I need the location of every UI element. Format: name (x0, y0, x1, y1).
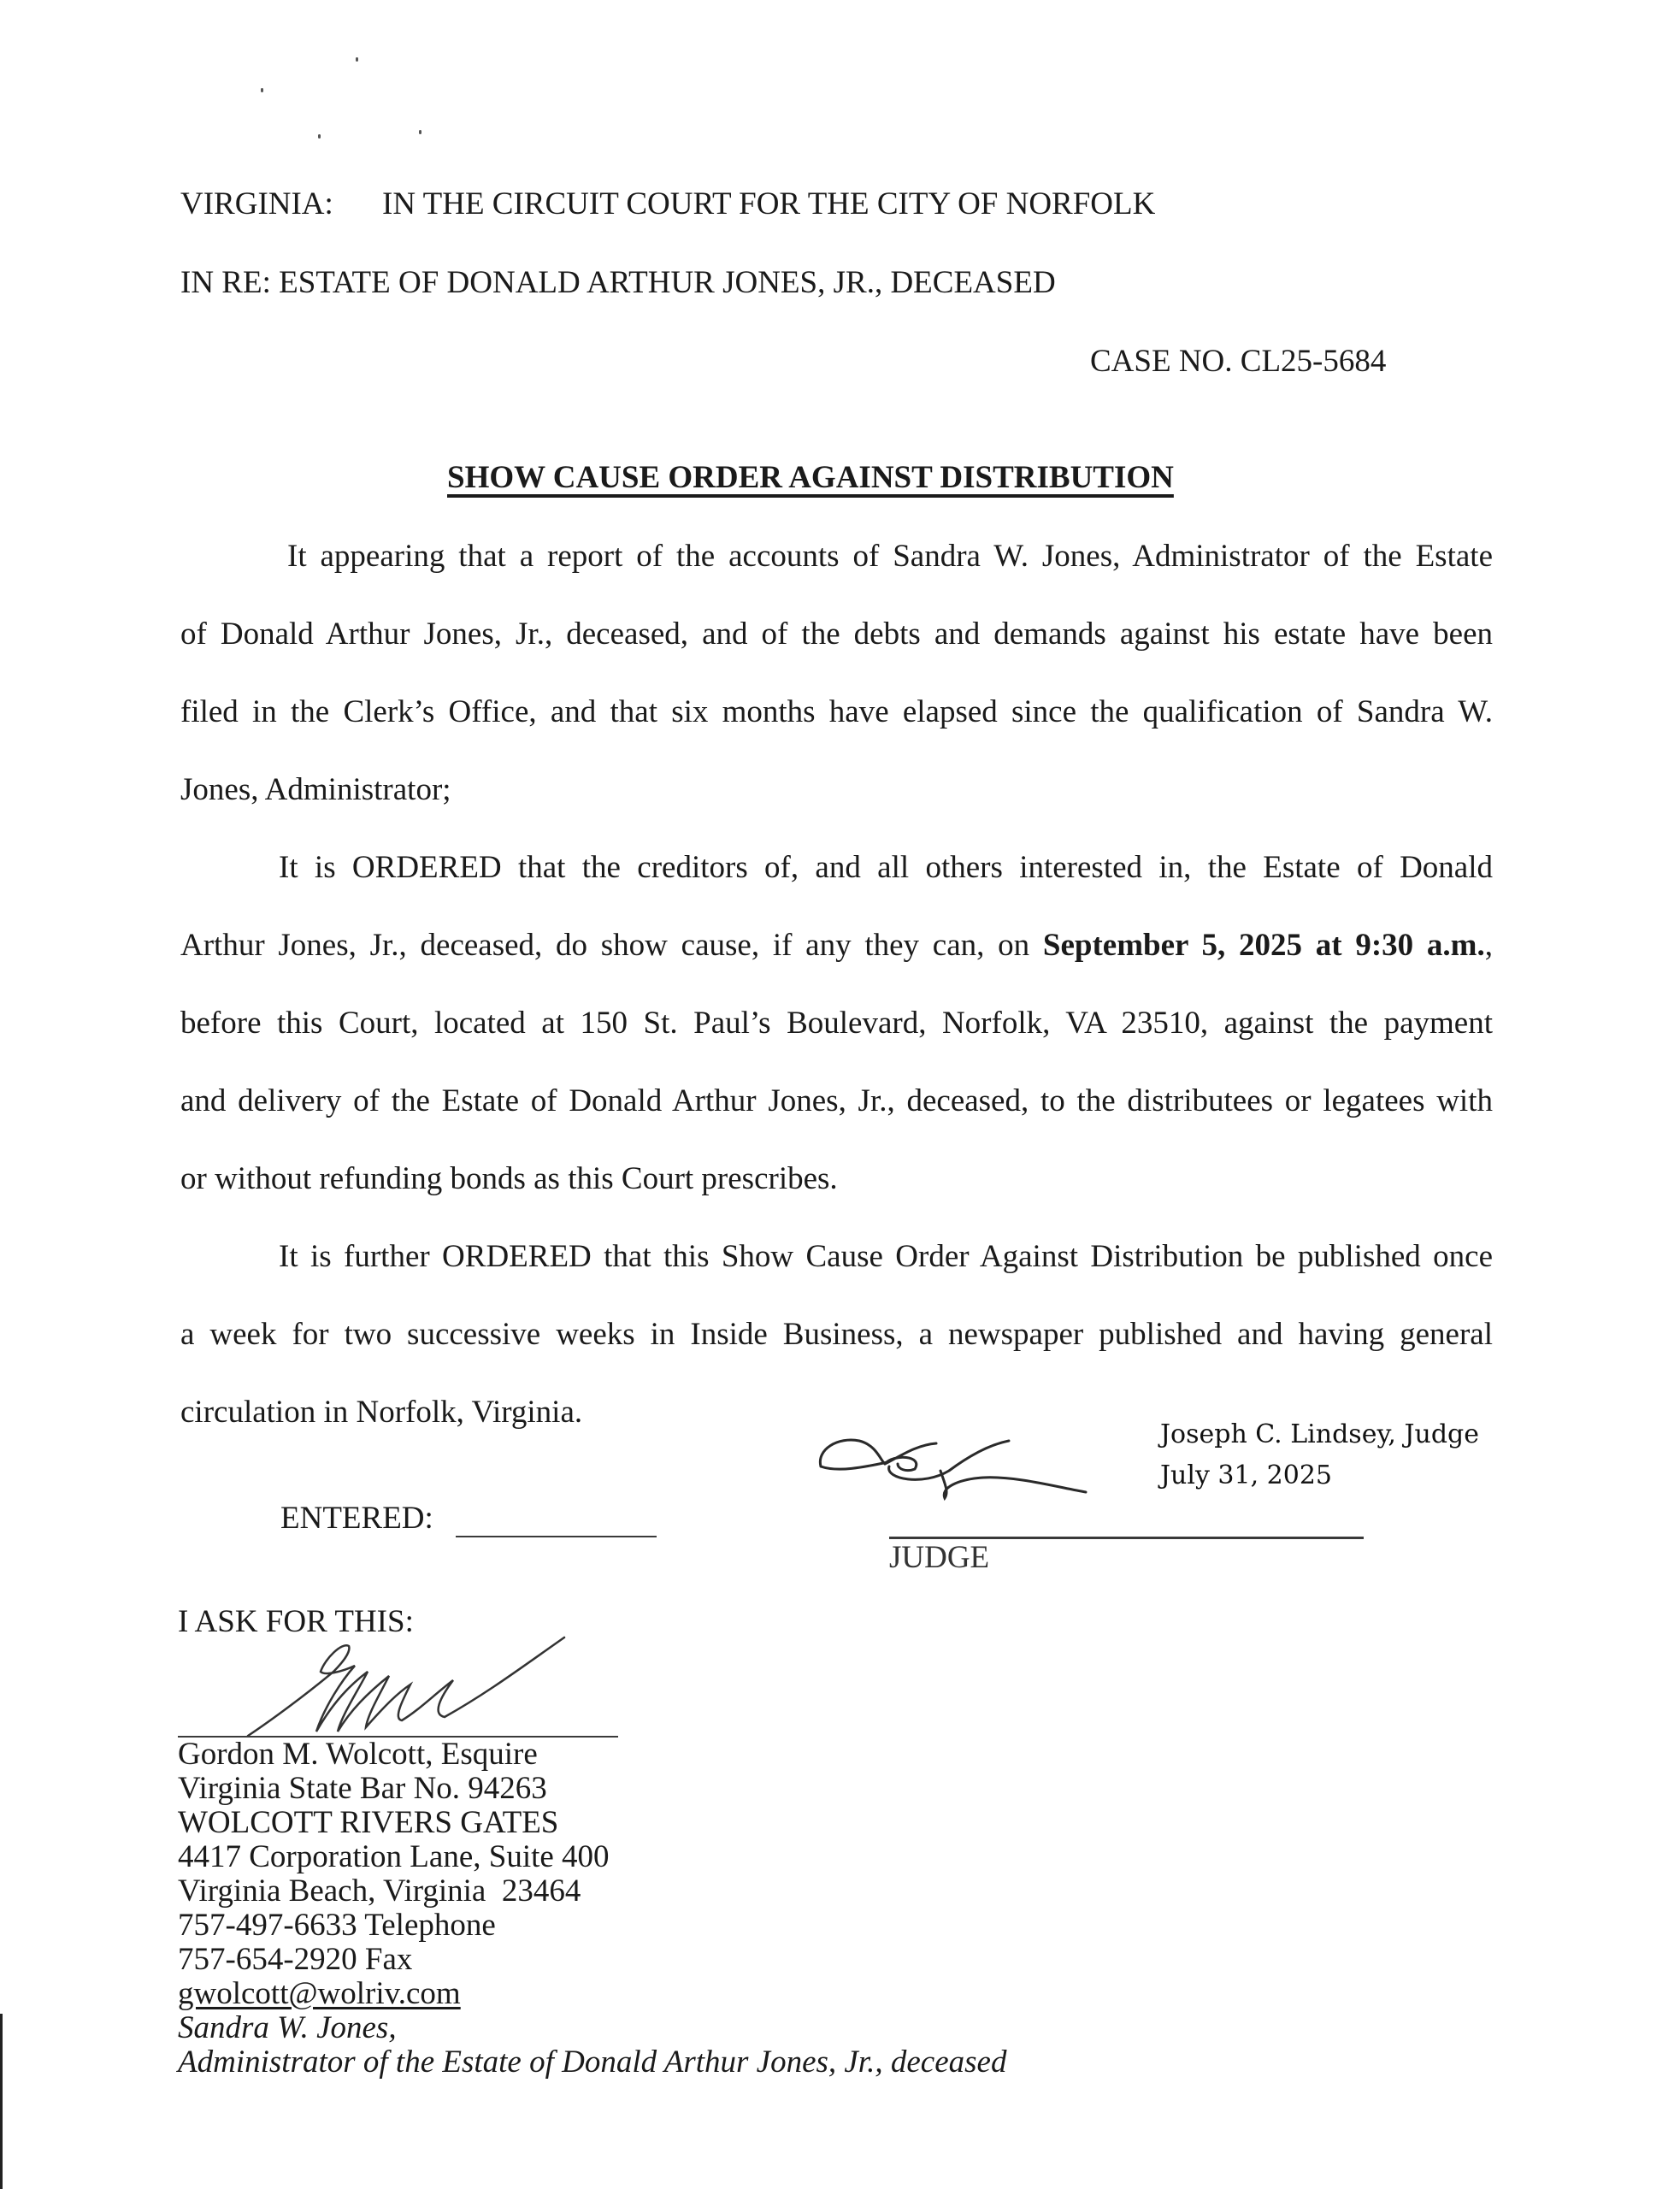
judge-signature-line (889, 1537, 1364, 1539)
paragraph-3-line: a week for two successive weeks in Insid… (180, 1319, 1493, 1350)
firm-fax: 757-654-2920 Fax (178, 1943, 1006, 1977)
scan-speck (261, 88, 263, 92)
scan-speck (318, 134, 321, 139)
judge-signature (812, 1419, 1129, 1505)
paragraph-2-line: It is ORDERED that the creditors of, and… (279, 852, 1493, 883)
hearing-datetime: September 5, 2025 at 9:30 a.m. (1043, 928, 1485, 963)
paragraph-1-line: It appearing that a report of the accoun… (287, 540, 1493, 572)
paragraph-3-line: It is further ORDERED that this Show Cau… (279, 1241, 1493, 1272)
firm-address-city: Virginia Beach, Virginia 23464 (178, 1874, 1006, 1909)
paragraph-2-text: , (1485, 928, 1493, 963)
entered-label: ENTERED: (280, 1502, 433, 1534)
client-name: Sandra W. Jones, (178, 2011, 1006, 2045)
entered-date-line (456, 1536, 657, 1537)
paragraph-2-line: Arthur Jones, Jr., deceased, do show cau… (180, 929, 1493, 961)
scan-edge-line (0, 2014, 3, 2189)
judge-line-label: JUDGE (889, 1542, 989, 1573)
judge-typed-name: Joseph C. Lindsey, Judge (1160, 1419, 1479, 1449)
paragraph-2-line: before this Court, located at 150 St. Pa… (180, 1007, 1493, 1039)
firm-name: WOLCOTT RIVERS GATES (178, 1806, 1006, 1840)
scan-speck (356, 57, 358, 62)
firm-address-street: 4417 Corporation Lane, Suite 400 (178, 1840, 1006, 1874)
client-role: Administrator of the Estate of Donald Ar… (178, 2045, 1006, 2080)
paragraph-2-line: or without refunding bonds as this Court… (180, 1163, 1493, 1195)
case-number: CASE NO. CL25-5684 (1090, 345, 1386, 377)
judge-signed-date: July 31, 2025 (1160, 1460, 1332, 1490)
in-re-caption: IN RE: ESTATE OF DONALD ARTHUR JONES, JR… (180, 267, 1056, 298)
attorney-name: Gordon M. Wolcott, Esquire (178, 1738, 1006, 1772)
firm-telephone: 757-497-6633 Telephone (178, 1909, 1006, 1943)
paragraph-1-line: Jones, Administrator; (180, 774, 1493, 805)
attorney-signature (239, 1625, 598, 1740)
paragraph-1-line: of Donald Arthur Jones, Jr., deceased, a… (180, 618, 1493, 650)
document-title: SHOW CAUSE ORDER AGAINST DISTRIBUTION (447, 459, 1174, 496)
attorney-email-link[interactable]: gwolcott@wolriv.com (178, 1976, 461, 2011)
attorney-block: Gordon M. Wolcott, Esquire Virginia Stat… (178, 1738, 1006, 2080)
jurisdiction-label: VIRGINIA: (180, 188, 333, 220)
paragraph-2-line: and delivery of the Estate of Donald Art… (180, 1085, 1493, 1117)
paragraph-2-text: Arthur Jones, Jr., deceased, do show cau… (180, 928, 1043, 963)
paragraph-1-line: filed in the Clerk’s Office, and that si… (180, 696, 1493, 728)
scan-speck (419, 130, 421, 134)
attorney-bar-number: Virginia State Bar No. 94263 (178, 1772, 1006, 1806)
court-name: IN THE CIRCUIT COURT FOR THE CITY OF NOR… (382, 188, 1155, 220)
